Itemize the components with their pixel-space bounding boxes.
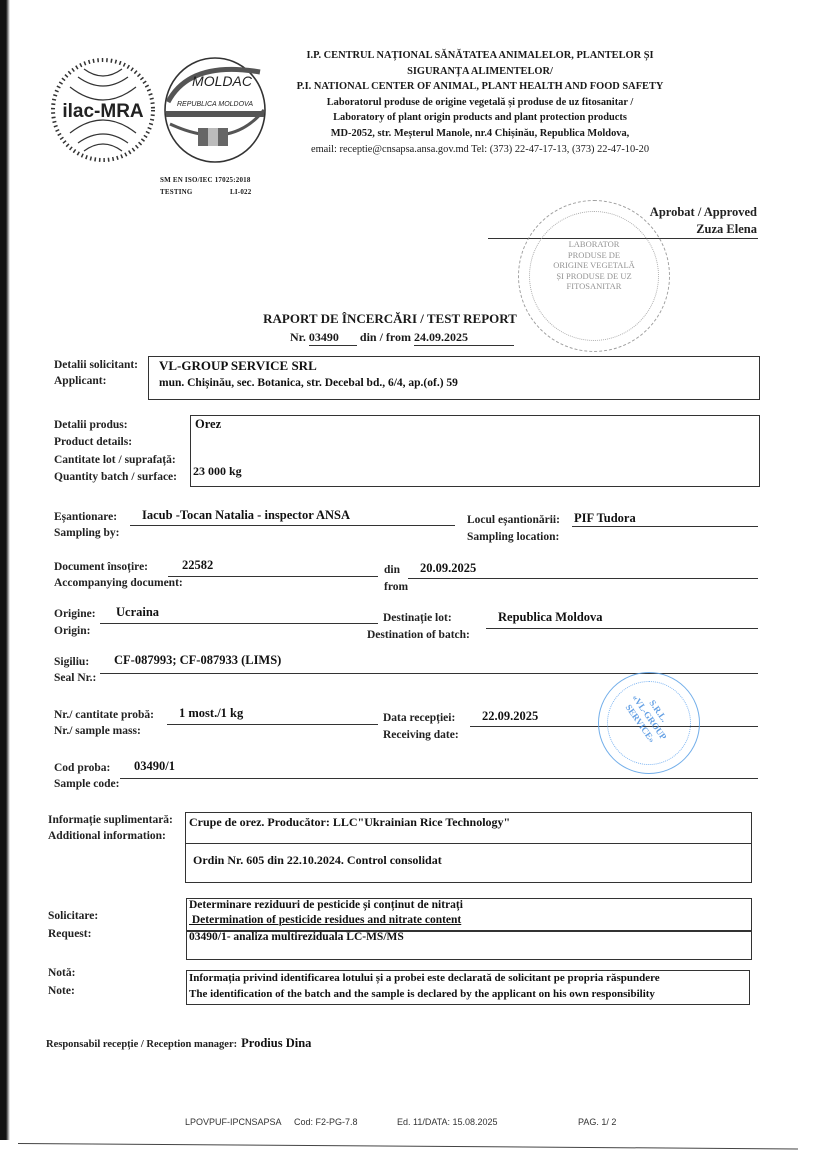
document-date-field: 20.09.2025 bbox=[408, 560, 758, 579]
org-name-en: P.I. NATIONAL CENTER OF ANIMAL, PLANT HE… bbox=[280, 79, 680, 95]
org-name-ro-2: SIGURANȚA ALIMENTELOR/ bbox=[280, 64, 680, 80]
org-header: I.P. CENTRUL NAȚIONAL SĂNĂTATEA ANIMALEL… bbox=[280, 48, 680, 157]
receiving-date-label-en: Receiving date: bbox=[383, 728, 459, 743]
approved-label: Aprobat / Approved bbox=[650, 205, 757, 220]
accreditation-standard: SM EN ISO/IEC 17025:2018 bbox=[160, 176, 251, 184]
svg-text:REPUBLICA MOLDOVA: REPUBLICA MOLDOVA bbox=[177, 101, 253, 108]
footer-divider bbox=[18, 1143, 798, 1149]
document-label-en: Accompanying document: bbox=[54, 576, 183, 591]
scan-edge-gap bbox=[0, 1140, 10, 1170]
ilac-mra-logo: ilac-MRA bbox=[48, 55, 158, 165]
origin-label-en: Origin: bbox=[54, 624, 90, 639]
quantity-label-ro: Cantitate lot / suprafață: bbox=[54, 453, 176, 468]
origin-field: Ucraina bbox=[100, 605, 378, 624]
report-number: 03490 bbox=[309, 330, 357, 346]
request-label-ro: Solicitare: bbox=[48, 909, 98, 924]
destination-field: Republica Moldova bbox=[486, 609, 758, 629]
note-line-2: The identification of the batch and the … bbox=[189, 988, 655, 1000]
org-address: MD-2052, str. Meșterul Manole, nr.4 Chiș… bbox=[280, 126, 680, 142]
applicant-label-ro: Detalii solicitant: bbox=[54, 358, 138, 373]
request-box-1: Determinare reziduuri de pesticide și co… bbox=[186, 898, 752, 932]
origin-label-ro: Origine: bbox=[54, 607, 96, 622]
reception-manager-name: Prodius Dina bbox=[241, 1036, 311, 1050]
applicant-stamp: S.R.L. «VL-GROUP SERVICE» bbox=[598, 672, 700, 774]
sampling-by-label-ro: Eșantionare: bbox=[54, 510, 117, 525]
additional-line-2: Ordin Nr. 605 din 22.10.2024. Control co… bbox=[193, 853, 442, 868]
additional-label-ro: Informație suplimentară: bbox=[48, 813, 173, 828]
approved-by-name: Zuza Elena bbox=[696, 222, 757, 237]
additional-line-1: Crupe de orez. Producător: LLC"Ukrainian… bbox=[189, 815, 510, 830]
lab-name-ro: Laboratorul produse de origine vegetală … bbox=[280, 95, 680, 111]
product-value: Orez bbox=[195, 417, 221, 432]
sample-code-label-ro: Cod proba: bbox=[54, 761, 110, 776]
additional-box-1: Crupe de orez. Producător: LLC"Ukrainian… bbox=[185, 812, 752, 844]
document-from-label-ro: din bbox=[384, 563, 400, 578]
sampling-by-label-en: Sampling by: bbox=[54, 526, 120, 541]
accreditation-code: LI-022 bbox=[230, 188, 251, 196]
reception-manager-label: Responsabil recepție / Reception manager… bbox=[46, 1039, 237, 1050]
receiving-date-label-ro: Data recepției: bbox=[383, 711, 455, 726]
applicant-address: mun. Chișinău, sec. Botanica, str. Deceb… bbox=[159, 377, 458, 389]
seal-field: CF-087993; CF-087933 (LIMS) bbox=[100, 653, 758, 674]
applicant-name: VL-GROUP SERVICE SRL bbox=[159, 358, 317, 374]
report-number-line: Nr. 03490 din / from 24.09.2025 bbox=[290, 330, 514, 346]
additional-box-2: Ordin Nr. 605 din 22.10.2024. Control co… bbox=[185, 843, 752, 883]
reception-manager: Responsabil recepție / Reception manager… bbox=[46, 1034, 311, 1052]
sampling-location-label-ro: Locul eșantionării: bbox=[467, 513, 560, 528]
report-title: RAPORT DE ÎNCERCĂRI / TEST REPORT bbox=[240, 311, 540, 327]
request-line-3: 03490/1- analiza multireziduala LC-MS/MS bbox=[189, 931, 404, 943]
footer-code-2: Cod: F2-PG-7.8 bbox=[294, 1117, 358, 1127]
sampling-by-field: Iacub -Tocan Natalia - inspector ANSA bbox=[130, 508, 455, 526]
scan-edge bbox=[0, 0, 10, 1170]
product-box: Orez 23 000 kg bbox=[190, 415, 760, 487]
org-name-ro-1: I.P. CENTRUL NAȚIONAL SĂNĂTATEA ANIMALEL… bbox=[280, 48, 680, 64]
report-date: 24.09.2025 bbox=[414, 330, 514, 346]
footer-page: PAG. 1/ 2 bbox=[578, 1117, 616, 1127]
footer-edition: Ed. 11/DATA: 15.08.2025 bbox=[397, 1117, 498, 1127]
note-line-1: Informația privind identificarea lotului… bbox=[189, 972, 660, 984]
quantity-label-en: Quantity batch / surface: bbox=[54, 470, 177, 485]
request-line-1: Determinare reziduuri de pesticide și co… bbox=[189, 899, 463, 911]
note-label-en: Note: bbox=[48, 984, 75, 999]
product-label-ro: Detalii produs: bbox=[54, 418, 128, 433]
request-line-2: Determination of pesticide residues and … bbox=[189, 914, 461, 926]
org-contact: email: receptie@cnsapsa.ansa.gov.md Tel:… bbox=[280, 142, 680, 158]
moldac-logo: MOLDAC REPUBLICA MOLDOVA bbox=[160, 52, 270, 164]
lab-name-en: Laboratory of plant origin products and … bbox=[280, 110, 680, 126]
additional-label-en: Additional information: bbox=[48, 829, 166, 844]
document-number-field: 22582 bbox=[168, 558, 378, 577]
sample-code-label-en: Sample code: bbox=[54, 777, 119, 792]
request-label-en: Request: bbox=[48, 927, 91, 942]
applicant-label-en: Applicant: bbox=[54, 374, 106, 389]
sample-qty-label-ro: Nr./ cantitate probă: bbox=[54, 708, 154, 723]
request-box-2: 03490/1- analiza multireziduala LC-MS/MS bbox=[186, 930, 752, 960]
seal-label-en: Seal Nr.: bbox=[54, 671, 96, 686]
quantity-value: 23 000 kg bbox=[193, 464, 242, 479]
document-from-label-en: from bbox=[384, 580, 408, 595]
destination-label-en: Destination of batch: bbox=[367, 628, 470, 643]
svg-text:ilac-MRA: ilac-MRA bbox=[62, 101, 144, 122]
seal-label-ro: Sigiliu: bbox=[54, 655, 89, 670]
note-box: Informația privind identificarea lotului… bbox=[186, 970, 750, 1005]
product-label-en: Product details: bbox=[54, 435, 132, 450]
sampling-location-field: PIF Tudora bbox=[572, 509, 758, 527]
svg-text:MOLDAC: MOLDAC bbox=[192, 73, 253, 89]
document-label-ro: Document însoțire: bbox=[54, 560, 148, 575]
sampling-location-label-en: Sampling location: bbox=[467, 530, 559, 545]
sample-qty-label-en: Nr./ sample mass: bbox=[54, 724, 141, 739]
accreditation-type: TESTING bbox=[160, 188, 193, 196]
note-label-ro: Notă: bbox=[48, 966, 75, 981]
applicant-box: VL-GROUP SERVICE SRL mun. Chișinău, sec.… bbox=[148, 356, 760, 400]
destination-label-ro: Destinație lot: bbox=[383, 611, 452, 626]
footer-code-1: LPOVPUF-IPCNSAPSA bbox=[185, 1117, 282, 1127]
lab-stamp: LABORATOR PRODUSE DE ORIGINE VEGETALĂ ȘI… bbox=[518, 200, 670, 352]
sample-qty-field: 1 most./1 kg bbox=[167, 706, 378, 725]
